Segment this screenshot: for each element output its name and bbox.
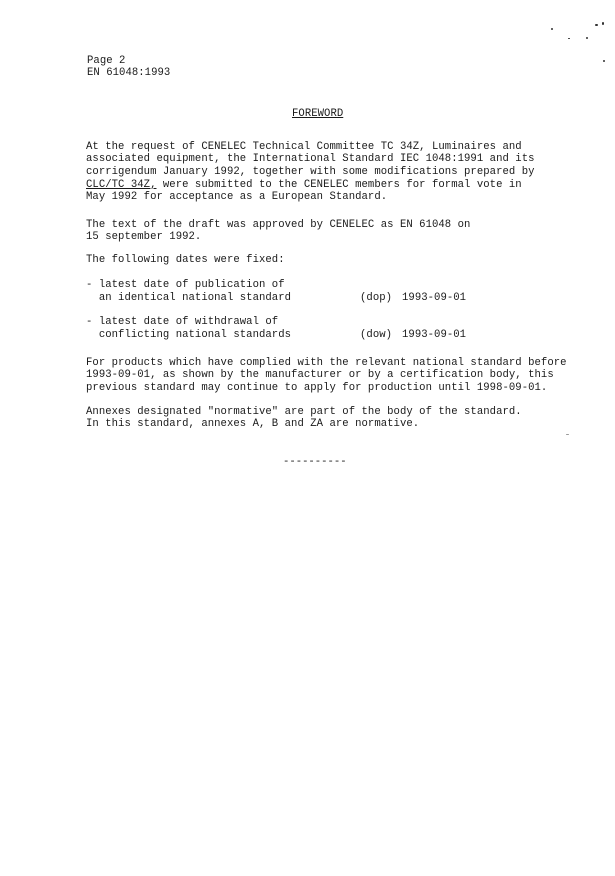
text-line: At the request of CENELEC Technical Comm… <box>86 141 522 153</box>
text-line: corrigendum January 1992, together with … <box>86 166 535 178</box>
scan-speck <box>551 28 553 30</box>
date-item-label: - latest date of publication of <box>86 279 285 291</box>
date-item-label: an identical national standard <box>86 292 291 304</box>
scan-speck <box>586 37 588 39</box>
scan-speck <box>568 38 570 39</box>
page-number: Page 2 <box>87 55 125 67</box>
dates-intro: The following dates were fixed: <box>86 254 285 266</box>
scan-speck <box>603 60 605 62</box>
date-code: (dop) <box>360 292 392 304</box>
committee-reference: CLC/TC 34Z, <box>86 179 156 191</box>
section-title: FOREWORD <box>292 108 343 120</box>
text-line: Annexes designated "normative" are part … <box>86 406 522 418</box>
standard-id: EN 61048:1993 <box>87 67 170 79</box>
text-line: previous standard may continue to apply … <box>86 382 547 394</box>
scan-speck <box>595 24 598 26</box>
end-divider: ---------- <box>283 456 347 468</box>
text-line: 15 september 1992. <box>86 231 201 243</box>
text-line: associated equipment, the International … <box>86 153 535 165</box>
date-value: 1993-09-01 <box>402 292 466 304</box>
date-value: 1993-09-01 <box>402 329 466 341</box>
scan-speck <box>566 434 569 435</box>
text-line: CLC/TC 34Z, were submitted to the CENELE… <box>86 179 522 191</box>
text-line: For products which have complied with th… <box>86 357 567 369</box>
date-item-label: - latest date of withdrawal of <box>86 316 278 328</box>
document-page: Page 2 EN 61048:1993 FOREWORD At the req… <box>0 0 615 876</box>
date-item-label: conflicting national standards <box>86 329 291 341</box>
text-line: May 1992 for acceptance as a European St… <box>86 191 387 203</box>
scan-speck <box>602 22 604 25</box>
date-code: (dow) <box>360 329 392 341</box>
text-line: The text of the draft was approved by CE… <box>86 219 470 231</box>
text-line: In this standard, annexes A, B and ZA ar… <box>86 418 419 430</box>
text-line: 1993-09-01, as shown by the manufacturer… <box>86 369 554 381</box>
text-fragment: were submitted to the CENELEC members fo… <box>156 179 521 191</box>
